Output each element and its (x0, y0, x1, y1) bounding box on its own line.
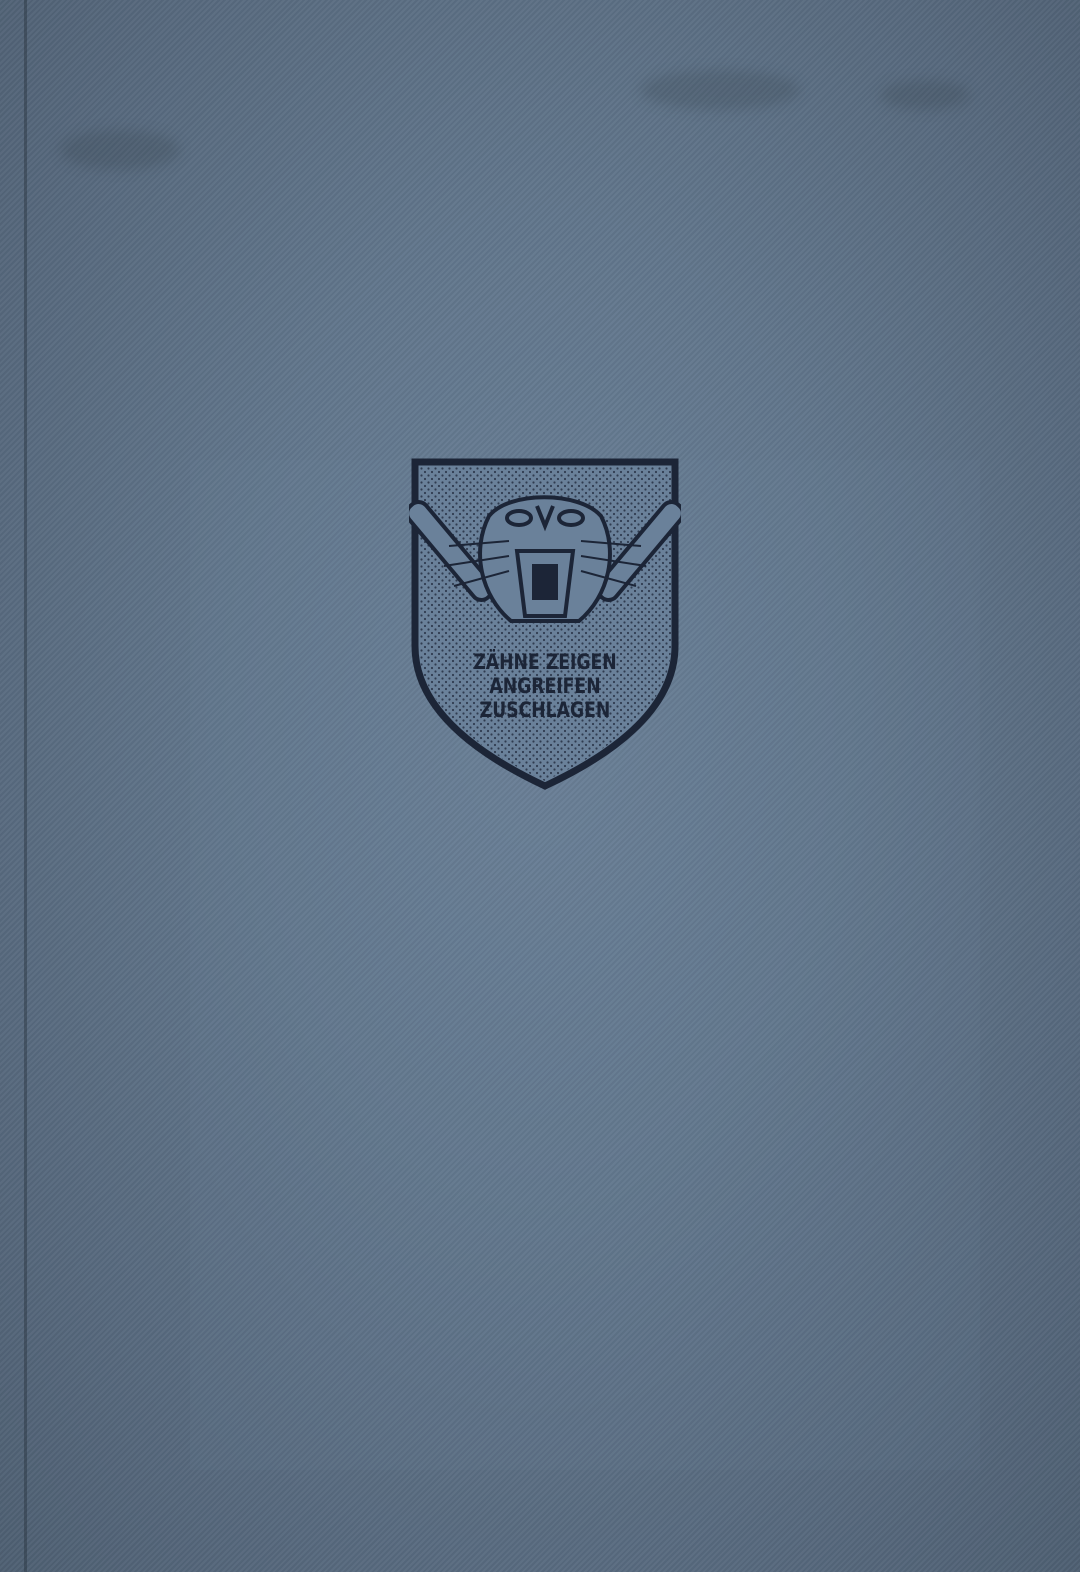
book-cover: ZÄHNE ZEIGEN ANGREIFEN ZUSCHLAGEN (0, 0, 1080, 1572)
stain (880, 80, 970, 110)
shield-emblem (409, 456, 681, 792)
motto-line-1: ZÄHNE ZEIGEN (433, 650, 656, 674)
motto-line-3: ZUSCHLAGEN (433, 698, 656, 722)
tiger-shield-icon (409, 456, 681, 792)
motto-line-2: ANGREIFEN (433, 674, 656, 698)
stain (60, 130, 180, 170)
spine-hinge (24, 0, 27, 1572)
stain (640, 70, 800, 110)
emblem-motto: ZÄHNE ZEIGEN ANGREIFEN ZUSCHLAGEN (433, 650, 656, 722)
